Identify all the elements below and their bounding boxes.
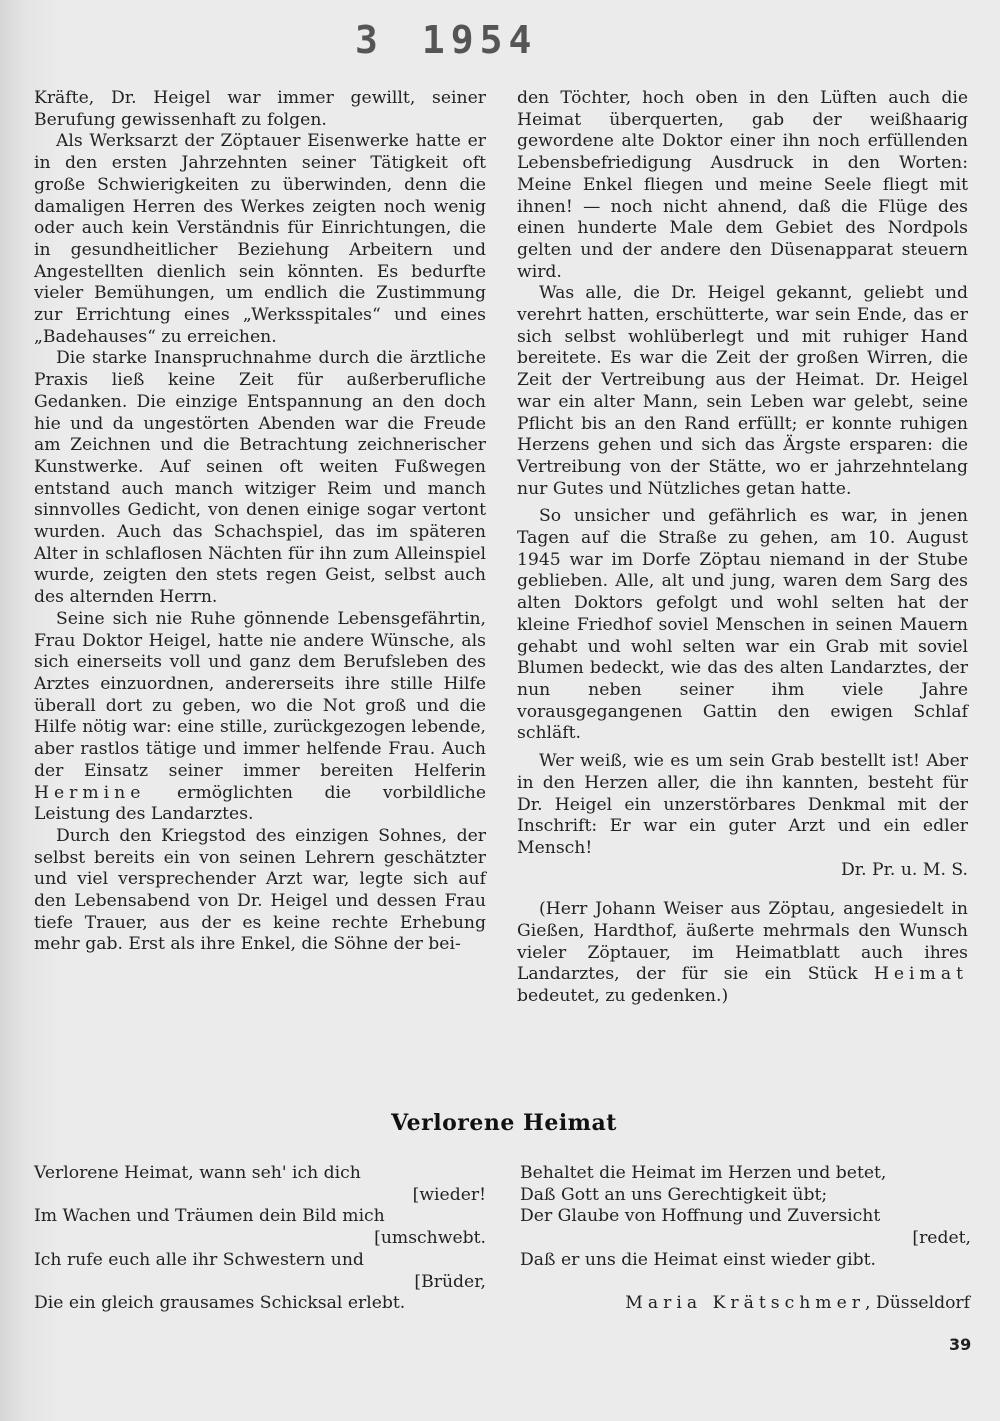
article-right-column: den Töchter, hoch oben in den Lüften auc… <box>517 88 968 1008</box>
emphasized-name: Hermine <box>34 783 145 803</box>
paragraph: Seine sich nie Ruhe gönnende Lebensgefäh… <box>34 609 486 826</box>
poem-line: Daß er uns die Heimat einst wieder gibt. <box>520 1250 971 1272</box>
poem-line: Die ein gleich grausames Schicksal erleb… <box>34 1293 486 1315</box>
editorial-note: (Herr Johann Weiser aus Zöptau, angesied… <box>517 899 968 1008</box>
poem-line: Daß Gott an uns Gerechtigkeit übt; <box>520 1185 971 1207</box>
poem-line-continuation: [Brüder, <box>34 1272 486 1294</box>
poem-right-stanza: Behaltet die Heimat im Herzen und betet,… <box>520 1163 971 1272</box>
poem-line-continuation: [redet, <box>520 1228 971 1250</box>
issue-stamp: 3 1954 <box>355 18 537 62</box>
poem-line: Verlorene Heimat, wann seh' ich dich <box>34 1163 486 1185</box>
article-signature: Dr. Pr. u. M. S. <box>517 860 968 882</box>
poem-line: Behaltet die Heimat im Herzen und betet, <box>520 1163 971 1185</box>
poem-left-stanza: Verlorene Heimat, wann seh' ich dich [wi… <box>34 1163 486 1315</box>
poem-title: Verlorene Heimat <box>0 1110 1000 1136</box>
author-name: Maria Krätschmer <box>625 1293 865 1313</box>
article-left-column: Kräfte, Dr. Heigel war immer gewillt, se… <box>34 88 486 956</box>
paragraph: Durch den Kriegstod des einzigen Sohnes,… <box>34 826 486 956</box>
poem-line: Im Wachen und Träumen dein Bild mich <box>34 1206 486 1228</box>
author-place: , Düsseldorf <box>865 1293 970 1313</box>
paragraph: Kräfte, Dr. Heigel war immer gewillt, se… <box>34 88 486 131</box>
poem-author: Maria Krätschmer, Düsseldorf <box>625 1293 970 1313</box>
magazine-page: 3 1954 Kräfte, Dr. Heigel war immer gewi… <box>0 0 1000 1421</box>
issue-number: 3 <box>355 18 384 62</box>
paragraph: den Töchter, hoch oben in den Lüften auc… <box>517 88 968 283</box>
poem-line: Ich rufe euch alle ihr Schwestern und <box>34 1250 486 1272</box>
page-number: 39 <box>949 1335 971 1354</box>
paragraph: Wer weiß, wie es um sein Grab bestellt i… <box>517 751 968 860</box>
paragraph: Die starke Inanspruchnahme durch die ärz… <box>34 348 486 608</box>
poem-line-continuation: [umschwebt. <box>34 1228 486 1250</box>
paragraph: Als Werksarzt der Zöptauer Eisenwerke ha… <box>34 131 486 348</box>
issue-year: 1954 <box>422 18 538 62</box>
paragraph: So unsicher und gefährlich es war, in je… <box>517 506 968 745</box>
poem-line-continuation: [wieder! <box>34 1185 486 1207</box>
emphasized-word: Heimat <box>874 964 968 984</box>
paragraph: Was alle, die Dr. Heigel gekannt, gelieb… <box>517 283 968 500</box>
poem-line: Der Glaube von Hoffnung und Zuversicht <box>520 1206 971 1228</box>
